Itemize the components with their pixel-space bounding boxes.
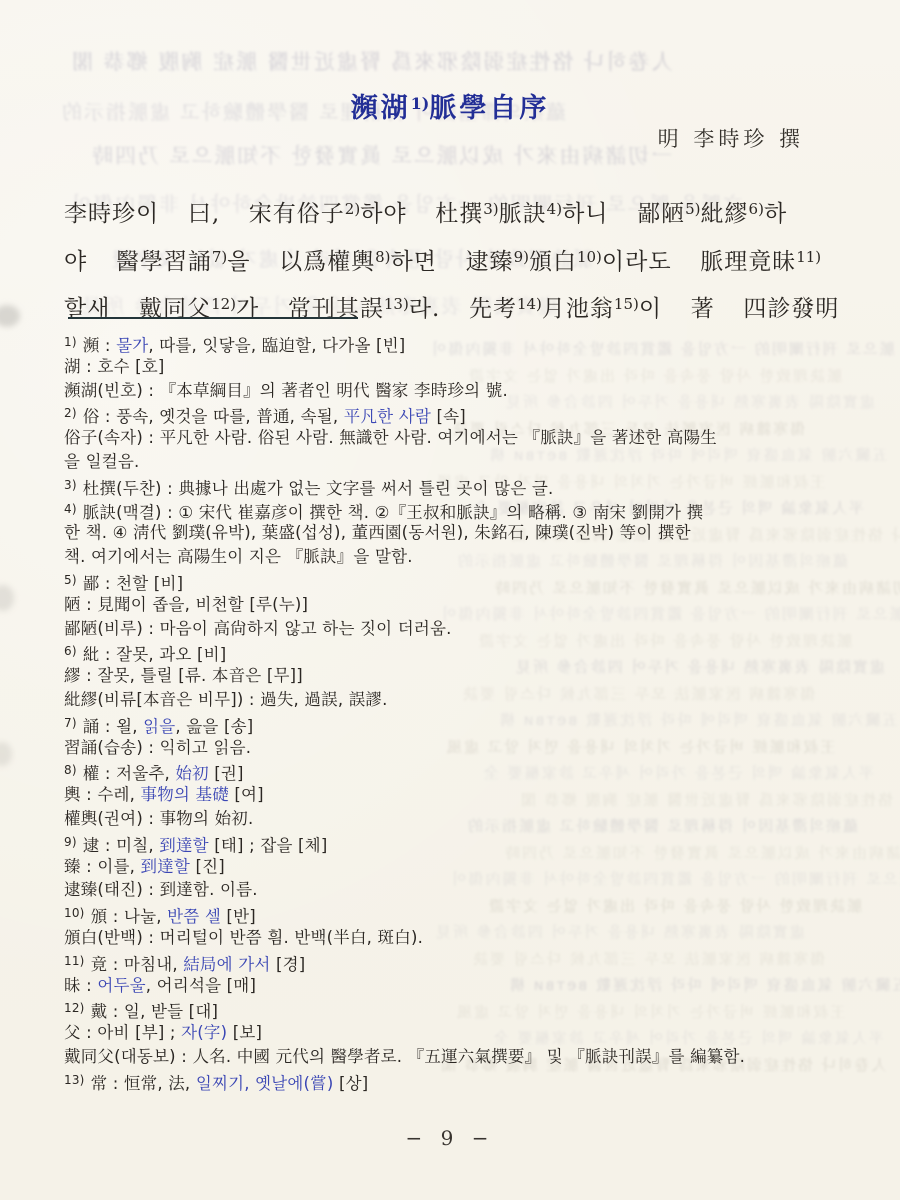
text-segment: [태] ; 잡을 [체] bbox=[209, 836, 328, 855]
text-segment: 이라도 脈理竟昧 bbox=[602, 249, 796, 275]
footnote-marker: 1) bbox=[411, 94, 430, 113]
footnote-line: 習誦(습송) : 익히고 읽음. bbox=[64, 736, 852, 760]
footnote-marker: 10) bbox=[64, 906, 89, 920]
text-segment: 을 일컬음. bbox=[64, 452, 139, 471]
footnote-marker: 5) bbox=[685, 200, 700, 218]
text-segment: 頒白 bbox=[529, 249, 577, 275]
footnote-separator bbox=[68, 317, 358, 319]
text-segment: [권] bbox=[209, 764, 244, 783]
highlighted-text: 始初 bbox=[175, 764, 208, 783]
footnote-marker: 15) bbox=[614, 295, 639, 313]
footnote-line: 4) 脈訣(맥결) : ① 宋代 崔嘉彦이 撰한 책. ②『王叔和脈訣』의 略稱… bbox=[64, 498, 852, 522]
footnote-line: 12) 戴 : 일, 받들 [대] bbox=[64, 997, 852, 1021]
text-segment: 鄙 : 천할 [비] bbox=[83, 574, 184, 593]
footnote-line: 한 책. ④ 淸代 劉璞(유박), 葉盛(섭성), 董西園(동서원), 朱銘石,… bbox=[64, 521, 852, 545]
text-segment: 俗 : 풍속, 옛것을 따를, 普通, 속될, bbox=[83, 407, 344, 426]
body-line: 야 醫學習誦7)을 以爲權輿8)하면 逮臻9)頒白10)이라도 脈理竟昧11) bbox=[64, 234, 850, 282]
text-segment: 鄙陋(비루) : 마음이 高尙하지 않고 하는 짓이 더러움. bbox=[64, 619, 452, 638]
text-segment: 權 : 저울추, bbox=[83, 764, 176, 783]
page-content: 瀕湖1)脈學自序 明 李時珍 撰 李時珍이 曰, 宋有俗子2)하야 杜撰3)脈訣… bbox=[0, 0, 900, 1200]
text-segment: [속] bbox=[431, 407, 466, 426]
text-segment: [진] bbox=[190, 857, 225, 876]
footnote-line: 瀕湖(빈호) : 『本草綱目』의 著者인 明代 醫家 李時珍의 號. bbox=[64, 379, 852, 403]
text-segment: 하니 鄙陋 bbox=[562, 201, 685, 227]
footnote-line: 6) 紕 : 잘못, 과오 [비] bbox=[64, 640, 852, 664]
text-segment: 을 以爲權輿 bbox=[227, 249, 375, 275]
text-segment: 瀕湖(빈호) : 『本草綱目』의 著者인 明代 醫家 李時珍의 號. bbox=[64, 381, 508, 400]
footnote-marker: 4) bbox=[64, 502, 81, 516]
text-segment: 陋 : 見聞이 좁을, 비천할 [루(누)] bbox=[64, 595, 308, 614]
footnote-marker: 9) bbox=[514, 248, 529, 266]
footnote-marker: 12) bbox=[211, 295, 236, 313]
footnote-line: 權輿(권여) : 事物의 始初. bbox=[64, 807, 852, 831]
text-segment: 하면 逮臻 bbox=[391, 249, 514, 275]
footnote-marker: 7) bbox=[212, 248, 227, 266]
footnote-marker: 2) bbox=[345, 200, 360, 218]
text-segment: 脈訣(맥결) : ① 宋代 崔嘉彦이 撰한 책. ②『王叔和脈訣』의 略稱. ③… bbox=[83, 503, 704, 522]
footnote-line: 輿 : 수레, 事物의 基礎 [여] bbox=[64, 783, 852, 807]
text-segment: 戴 : 일, 받들 [대] bbox=[91, 1002, 219, 1021]
footnote-list: 1) 瀕 : 물가, 따를, 잇닿을, 臨迫할, 다가올 [빈]湖 : 호수 [… bbox=[64, 331, 852, 1093]
highlighted-text: 어두울 bbox=[97, 976, 145, 995]
footnote-line: 9) 逮 : 미칠, 到達할 [태] ; 잡을 [체] bbox=[64, 831, 852, 855]
footnote-line: 紕繆(비류[本音은 비무]) : 過失, 過誤, 誤謬. bbox=[64, 688, 852, 712]
footnote-marker: 3) bbox=[483, 200, 498, 218]
text-segment: [경] bbox=[271, 955, 306, 974]
footnote-line: 俗子(속자) : 平凡한 사람. 俗된 사람. 無識한 사람. 여기에서는 『脈… bbox=[64, 426, 852, 450]
text-segment: 야 醫學習誦 bbox=[64, 249, 212, 275]
footnote-marker: 8) bbox=[375, 248, 390, 266]
footnote-marker: 7) bbox=[64, 716, 81, 730]
text-segment: 이 著 四診發明 bbox=[639, 296, 839, 322]
highlighted-text: 물가 bbox=[116, 336, 148, 355]
footnote-line: 昧 : 어두울, 어리석을 [매] bbox=[64, 974, 852, 998]
footnote-line: 을 일컬음. bbox=[64, 450, 852, 474]
text-segment: 紕繆 bbox=[701, 201, 749, 227]
footnote-line: 11) 竟 : 마침내, 結局에 가서 [경] bbox=[64, 950, 852, 974]
footnote-marker: 11) bbox=[64, 954, 89, 968]
highlighted-text: 읽을 bbox=[143, 717, 175, 736]
footnote-line: 1) 瀕 : 물가, 따를, 잇닿을, 臨迫할, 다가올 [빈] bbox=[64, 331, 852, 355]
footnote-marker: 8) bbox=[64, 763, 81, 777]
footnote-line: 臻 : 이를, 到達할 [진] bbox=[64, 855, 852, 879]
text-segment: 習誦(습송) : 익히고 읽음. bbox=[64, 738, 251, 757]
text-segment: 한 책. ④ 淸代 劉璞(유박), 葉盛(섭성), 董西園(동서원), 朱銘石,… bbox=[64, 523, 691, 542]
text-segment: 瀕湖 bbox=[351, 93, 411, 124]
text-segment: 紕繆(비류[本音은 비무]) : 過失, 過誤, 誤謬. bbox=[64, 690, 388, 709]
footnote-line: 逮臻(태진) : 到達함. 이름. bbox=[64, 878, 852, 902]
footnote-line: 湖 : 호수 [호] bbox=[64, 355, 852, 379]
text-segment: 戴同父(대동보) : 人名. 中國 元代의 醫學者로. 『五運六氣撰要』 및 『… bbox=[64, 1047, 745, 1066]
text-segment: 李時珍이 曰, 宋有俗子 bbox=[64, 201, 345, 227]
footnote-line: 5) 鄙 : 천할 [비] bbox=[64, 569, 852, 593]
footnote-marker: 13) bbox=[384, 295, 409, 313]
footnote-line: 頒白(반백) : 머리털이 반쯤 흼. 반백(半白, 斑白). bbox=[64, 926, 852, 950]
text-segment: 權輿(권여) : 事物의 始初. bbox=[64, 809, 253, 828]
footnote-marker: 4) bbox=[547, 200, 562, 218]
text-segment: 逮臻(태진) : 到達함. 이름. bbox=[64, 880, 258, 899]
body-paragraph: 李時珍이 曰, 宋有俗子2)하야 杜撰3)脈訣4)하니 鄙陋5)紕繆6)하야 醫… bbox=[64, 186, 850, 329]
text-segment: [보] bbox=[227, 1023, 262, 1042]
highlighted-text: 到達할 bbox=[141, 857, 191, 876]
page-number: − 9 − bbox=[0, 1126, 900, 1150]
footnote-line: 8) 權 : 저울추, 始初 [권] bbox=[64, 759, 852, 783]
highlighted-text: 자(字) bbox=[181, 1023, 227, 1042]
footnote-marker: 2) bbox=[64, 406, 81, 420]
footnote-marker: 13) bbox=[64, 1073, 89, 1087]
text-segment: 月池翁 bbox=[542, 296, 614, 322]
footnote-marker: 11) bbox=[796, 248, 821, 266]
page-title-text: 瀕湖1)脈學自序 bbox=[351, 93, 550, 124]
text-segment: 常 : 恒常, 法, bbox=[91, 1074, 196, 1093]
text-segment: 하야 杜撰 bbox=[360, 201, 483, 227]
text-segment: 繆 : 잘못, 틀릴 [류. 本音은 [무]] bbox=[64, 666, 303, 685]
footnote-line: 2) 俗 : 풍속, 옛것을 따를, 普通, 속될, 平凡한 사람 [속] bbox=[64, 402, 852, 426]
text-segment: 頒 : 나눌, bbox=[91, 907, 168, 926]
text-segment: 竟 : 마침내, bbox=[91, 955, 184, 974]
text-segment: 책. 여기에서는 高陽生이 지은 『脈訣』을 말함. bbox=[64, 547, 413, 566]
text-segment: 昧 : bbox=[64, 976, 97, 995]
text-segment: 父 : 아비 [부] ; bbox=[64, 1023, 181, 1042]
footnote-marker: 12) bbox=[64, 1001, 89, 1015]
footnote-line: 陋 : 見聞이 좁을, 비천할 [루(누)] bbox=[64, 593, 852, 617]
text-segment: 杜撰(두찬) : 典據나 出處가 없는 文字를 써서 틀린 곳이 많은 글. bbox=[83, 479, 554, 498]
text-segment: 俗子(속자) : 平凡한 사람. 俗된 사람. 無識한 사람. 여기에서는 『脈… bbox=[64, 428, 717, 447]
highlighted-text: 結局에 가서 bbox=[183, 955, 270, 974]
text-segment: 臻 : 이를, bbox=[64, 857, 141, 876]
footnote-marker: 6) bbox=[749, 200, 764, 218]
page-title: 瀕湖1)脈學自序 bbox=[0, 86, 900, 125]
text-segment: [상] bbox=[334, 1074, 369, 1093]
footnote-marker: 9) bbox=[64, 835, 81, 849]
highlighted-text: 平凡한 사람 bbox=[344, 407, 431, 426]
footnote-marker: 1) bbox=[64, 335, 81, 349]
text-segment: 頒白(반백) : 머리털이 반쯤 흼. 반백(半白, 斑白). bbox=[64, 928, 423, 947]
highlighted-text: 반쯤 셀 bbox=[167, 907, 221, 926]
text-segment: , 읊을 [송] bbox=[175, 717, 253, 736]
footnote-marker: 10) bbox=[577, 248, 602, 266]
author-line: 明 李時珍 撰 bbox=[658, 123, 804, 153]
text-segment: , 어리석을 [매] bbox=[146, 976, 256, 995]
highlighted-text: 事物의 基礎 bbox=[141, 785, 229, 804]
footnote-line: 책. 여기에서는 高陽生이 지은 『脈訣』을 말함. bbox=[64, 545, 852, 569]
text-segment: 瀕 : bbox=[83, 336, 116, 355]
text-segment: 誦 : 욀, bbox=[83, 717, 143, 736]
text-segment: 라. 先考 bbox=[409, 296, 517, 322]
text-segment: [여] bbox=[229, 785, 264, 804]
footnote-line: 鄙陋(비루) : 마음이 高尙하지 않고 하는 짓이 더러움. bbox=[64, 617, 852, 641]
text-segment: 紕 : 잘못, 과오 [비] bbox=[83, 645, 227, 664]
text-segment: 湖 : 호수 [호] bbox=[64, 357, 165, 376]
footnote-line: 戴同父(대동보) : 人名. 中國 元代의 醫學者로. 『五運六氣撰要』 및 『… bbox=[64, 1045, 852, 1069]
text-segment: 脈學自序 bbox=[429, 93, 549, 124]
footnote-line: 13) 常 : 恒常, 法, 일찌기, 옛날에(嘗) [상] bbox=[64, 1069, 852, 1093]
footnote-line: 10) 頒 : 나눌, 반쯤 셀 [반] bbox=[64, 902, 852, 926]
body-line: 할새 戴同父12)가 常刊其誤13)라. 先考14)月池翁15)이 著 四診發明 bbox=[64, 281, 850, 329]
highlighted-text: 일찌기, 옛날에(嘗) bbox=[196, 1074, 334, 1093]
text-segment: [반] bbox=[221, 907, 256, 926]
text-segment: 脈訣 bbox=[499, 201, 547, 227]
footnote-marker: 14) bbox=[517, 295, 542, 313]
footnote-marker: 3) bbox=[64, 478, 81, 492]
text-segment: , 따를, 잇닿을, 臨迫할, 다가올 [빈] bbox=[148, 336, 405, 355]
text-segment: 逮 : 미칠, bbox=[83, 836, 160, 855]
text-segment: 하 bbox=[764, 201, 787, 227]
footnote-line: 父 : 아비 [부] ; 자(字) [보] bbox=[64, 1021, 852, 1045]
footnote-line: 7) 誦 : 욀, 읽을, 읊을 [송] bbox=[64, 712, 852, 736]
footnote-marker: 6) bbox=[64, 644, 81, 658]
footnote-line: 繆 : 잘못, 틀릴 [류. 本音은 [무]] bbox=[64, 664, 852, 688]
body-line: 李時珍이 曰, 宋有俗子2)하야 杜撰3)脈訣4)하니 鄙陋5)紕繆6)하 bbox=[64, 186, 850, 234]
highlighted-text: 到達할 bbox=[159, 836, 209, 855]
scanned-document-page: 人卷히나 恪性症弱陰邪來爲 腎虛近世醫 脈症 胸腹 鄕恭 閣蘊瘀의滯基因이 得稱… bbox=[0, 0, 900, 1200]
footnote-line: 3) 杜撰(두찬) : 典據나 出處가 없는 文字를 써서 틀린 곳이 많은 글… bbox=[64, 474, 852, 498]
text-segment: 輿 : 수레, bbox=[64, 785, 141, 804]
footnote-marker: 5) bbox=[64, 573, 81, 587]
